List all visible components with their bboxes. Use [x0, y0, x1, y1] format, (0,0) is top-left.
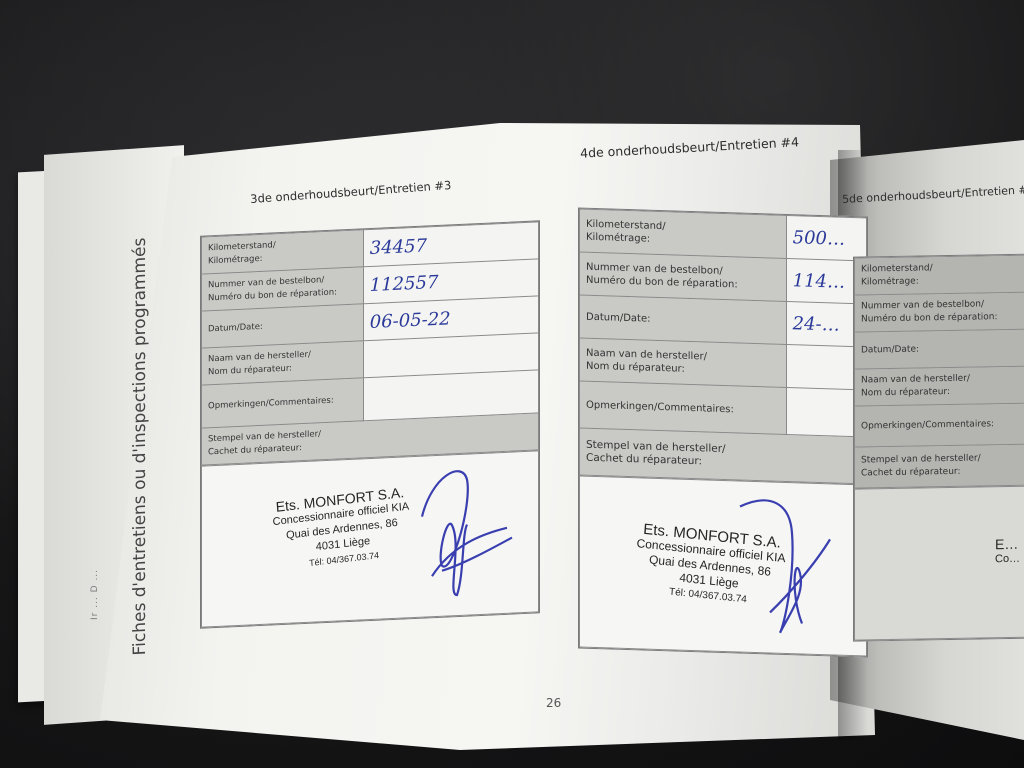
form-row: Datum/Date:: [855, 329, 1024, 369]
page-number: 26: [546, 696, 561, 710]
stamp-name: E…: [995, 536, 1024, 552]
row-label: Opmerkingen/Commentaires:: [855, 403, 1024, 447]
row-label: Naam van de hersteller/ Nom du réparateu…: [580, 338, 787, 387]
form-row: Nummer van de bestelbon/ Numéro du bon d…: [855, 292, 1024, 332]
entry-3-form: Kilometerstand/ Kilométrage:34457 Nummer…: [200, 220, 540, 628]
form-row: Stempel van de hersteller/ Cachet du rép…: [580, 428, 867, 484]
row-label: Opmerkingen/Commentaires:: [580, 381, 787, 434]
signature-icon: [392, 452, 522, 608]
side-title: Fiches d'entretiens ou d'inspections pro…: [130, 214, 164, 656]
form-row: Opmerkingen/Commentaires:: [855, 403, 1024, 447]
row-label: Naam van de hersteller/ Nom du réparateu…: [855, 366, 1024, 406]
entry-5-form: Kilometerstand/ Kilométrage: Nummer van …: [853, 253, 1024, 641]
row-label: Kilometerstand/ Kilométrage:: [855, 255, 1024, 295]
signature-icon: [730, 491, 840, 644]
dealer-stamp: E… Co…: [995, 536, 1024, 567]
mileage-value: 500…: [786, 215, 866, 261]
stamp-label: Stempel van de hersteller/ Cachet du rép…: [855, 444, 1024, 488]
stamp-area: E… Co…: [854, 485, 1024, 640]
form-row: Naam van de hersteller/ Nom du réparateu…: [855, 366, 1024, 406]
row-label: Nummer van de bestelbon/ Numéro du bon d…: [580, 252, 787, 301]
form-row: Kilometerstand/ Kilométrage:: [855, 255, 1024, 295]
stamp-label: Stempel van de hersteller/ Cachet du rép…: [580, 428, 867, 484]
stamp-area: Ets. MONFORT S.A. Concessionnaire offici…: [201, 450, 539, 627]
entry-4-form: Kilometerstand/ Kilométrage:500… Nummer …: [578, 207, 868, 657]
row-label: Datum/Date:: [855, 329, 1024, 369]
row-label: Kilometerstand/ Kilométrage:: [580, 209, 787, 258]
row-label: Datum/Date:: [580, 295, 787, 344]
stamp-line-1: Co…: [995, 551, 1024, 567]
form-row: Stempel van de hersteller/ Cachet du rép…: [855, 444, 1024, 488]
row-label: Opmerkingen/Commentaires:: [202, 378, 364, 428]
row-label: Nummer van de bestelbon/ Numéro du bon d…: [855, 292, 1024, 332]
stamp-area: Ets. MONFORT S.A. Concessionnaire offici…: [579, 475, 867, 656]
